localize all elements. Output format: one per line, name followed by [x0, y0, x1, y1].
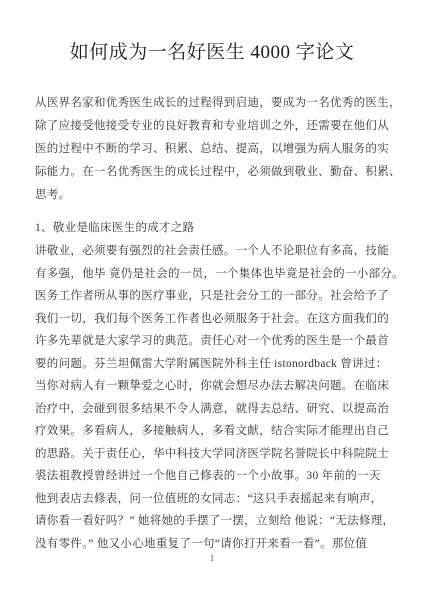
text-line: 疗效果。多看病人，多接触病人，多看文献，结合实际才能理出自己 — [35, 420, 390, 443]
page-number: 1 — [0, 553, 424, 563]
document-title: 如何成为一名好医生 4000 字论文 — [20, 40, 404, 66]
text-line: 请你看一看好吗？” 她将她的手摆了一摆，立刻给 他说：“无法修理， — [35, 510, 390, 533]
paragraph-dedication: 讲敬业，必须要有强烈的社会责任感。一个人不论职位有多高，技能有多强，他毕 竟仍是… — [35, 240, 390, 555]
text-line: 没有零件。” 他又小心地重复了一句“请你打开来看一看”。那位值 — [35, 533, 390, 556]
text-line: 我们一切，我们每个医务工作者也必须服务于社会。在这方面我们的 — [35, 308, 390, 331]
text-line: 际能力。在一名优秀医生的成长过程中，必须做到敬业、勤奋、积累、 — [35, 161, 390, 184]
document-page: 如何成为一名好医生 4000 字论文 从医界名家和优秀医生成长的过程得到启迪，要… — [0, 0, 424, 600]
section-heading: 1、敬业是临床医生的成才之路 — [35, 216, 390, 240]
text-line: 讲敬业，必须要有强烈的社会责任感。一个人不论职位有多高，技能 — [35, 240, 390, 263]
text-line: 治疗中，会碰到很多结果不令人满意，就得去总结、研究、以提高治 — [35, 398, 390, 421]
text-line: 他到表店去修表，问一位值班的女同志：“这只手表摇起来有响声， — [35, 488, 390, 511]
text-line: 裘法祖教授曾经讲过一个他自己修表的一个小故事。30 年前的一天 — [35, 465, 390, 488]
text-line: 的思路。关于责任心，华中科技大学同济医学院名誉院长中科院院士 — [35, 443, 390, 466]
text-line: 有多强，他毕 竟仍是社会的一员，一个集体也毕竟是社会的一小部分。 — [35, 263, 390, 286]
text-line: 要的问题。芬兰坦佩雷大学附属医院外科主任 istonordback 曾讲过： — [35, 353, 390, 376]
text-line: 医务工作者所从事的医疗事业，只是社会分工的一部分。社会给予了 — [35, 285, 390, 308]
text-line: 从医界名家和优秀医生成长的过程得到启迪，要成为一名优秀的医生， — [35, 92, 390, 115]
text-line: 医的过程中不断的学习、积累、总结、提高，以增强为病人服务的实 — [35, 138, 390, 161]
document-body: 从医界名家和优秀医生成长的过程得到启迪，要成为一名优秀的医生，除了应接受他接受专… — [35, 92, 390, 555]
text-line: 许多先辈就是大家学习的典范。责任心对一个优秀的医生是一个最首 — [35, 330, 390, 353]
text-line: 当你对病人有一颗挚爱之心时，你就会想尽办法去解决问题。在临床 — [35, 375, 390, 398]
paragraph-intro: 从医界名家和优秀医生成长的过程得到启迪，要成为一名优秀的医生，除了应接受他接受专… — [35, 92, 390, 207]
text-line: 除了应接受他接受专业的良好教育和专业培训之外，还需要在他们从 — [35, 115, 390, 138]
text-line: 思考。 — [35, 184, 390, 207]
